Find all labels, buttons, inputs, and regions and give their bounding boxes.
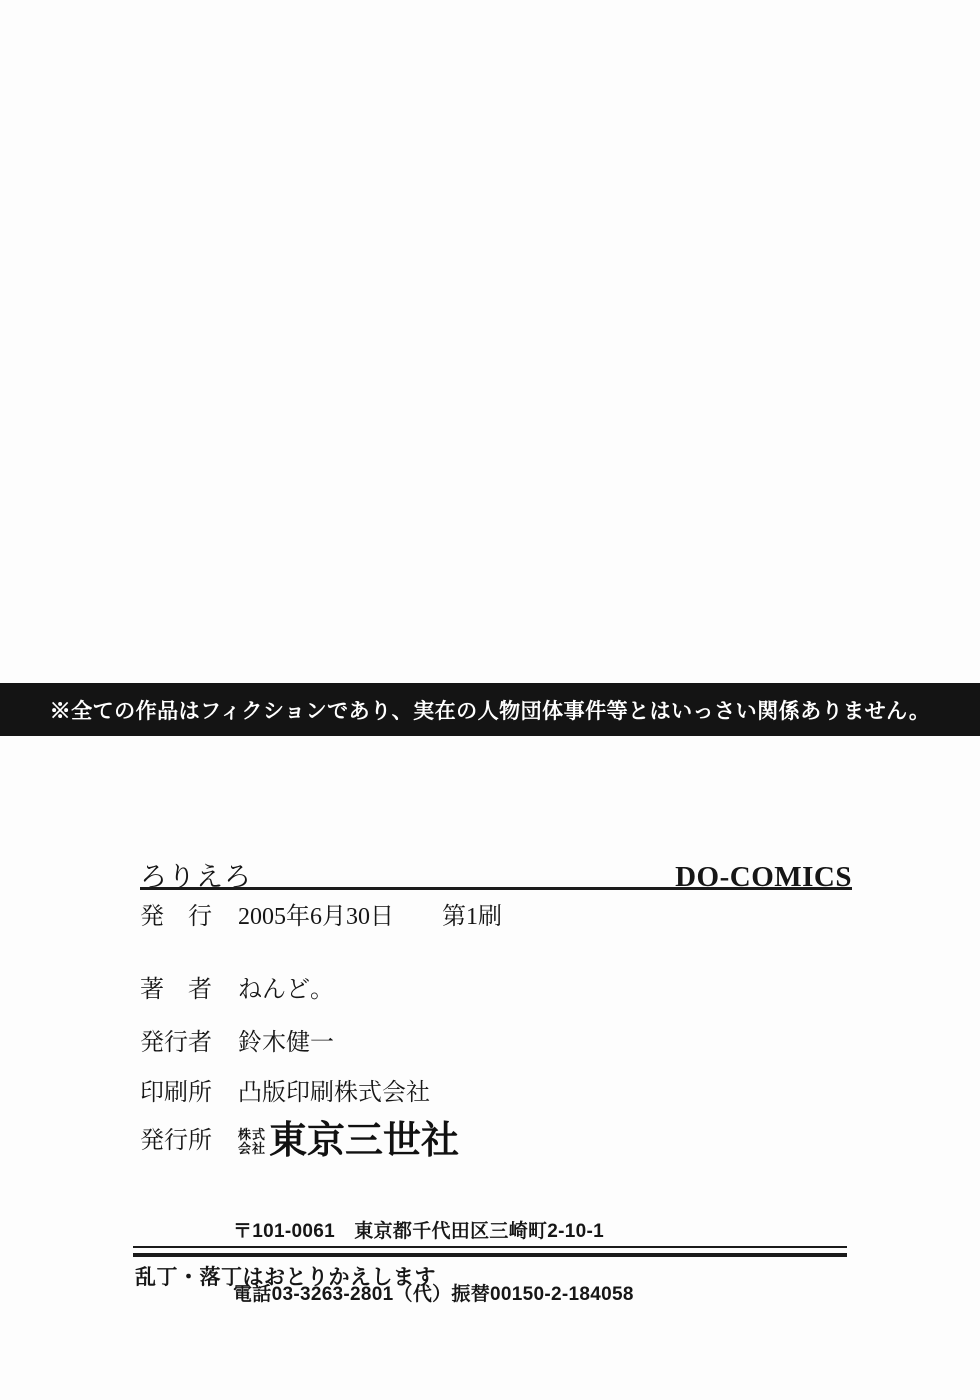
author-label: 著 者 [140, 976, 212, 1004]
issue-row: 発 行 2005年6月30日 第1刷 [140, 903, 502, 931]
author-value: ねんど。 [238, 976, 334, 1004]
publisher-person-label: 発行者 [140, 1029, 212, 1057]
company-type-bottom: 会社 [238, 1142, 266, 1156]
publisher-person-value: 鈴木健一 [238, 1029, 334, 1057]
publishing-company-label: 発行所 [140, 1127, 212, 1155]
defective-copy-note: 乱丁・落丁はおとりかえします [135, 1261, 436, 1291]
printer-value: 凸版印刷株式会社 [238, 1079, 430, 1107]
imprint-brand: DO-COMICS [675, 861, 852, 894]
divider-rule-thick [133, 1253, 847, 1257]
printer-label: 印刷所 [140, 1079, 212, 1107]
company-type-prefix: 株式 会社 [238, 1128, 266, 1156]
book-title: ろりえろ [140, 855, 252, 894]
printer-row: 印刷所 凸版印刷株式会社 [140, 1079, 430, 1107]
issue-value: 2005年6月30日 第1刷 [238, 903, 502, 931]
disclaimer-banner: ※全ての作品はフィクションであり、実在の人物団体事件等とはいっさい関係ありません… [0, 683, 980, 736]
title-row: ろりえろ DO-COMICS [140, 855, 852, 890]
address-line: 〒101-0061 東京都千代田区三崎町2-10-1 [233, 1221, 634, 1242]
company-name-logo: 東京三世社 [269, 1121, 459, 1161]
publishing-company-row: 発行所 株式 会社 東京三世社 [140, 1121, 459, 1161]
disclaimer-text: ※全ての作品はフィクションであり、実在の人物団体事件等とはいっさい関係ありません… [50, 695, 931, 725]
author-row: 著 者 ねんど。 [140, 976, 334, 1004]
publisher-person-row: 発行者 鈴木健一 [140, 1029, 334, 1057]
colophon-page: ※全ての作品はフィクションであり、実在の人物団体事件等とはいっさい関係ありません… [0, 0, 980, 1400]
divider-rule-thin [133, 1246, 847, 1248]
issue-label: 発 行 [140, 903, 212, 931]
company-type-top: 株式 [238, 1128, 266, 1142]
